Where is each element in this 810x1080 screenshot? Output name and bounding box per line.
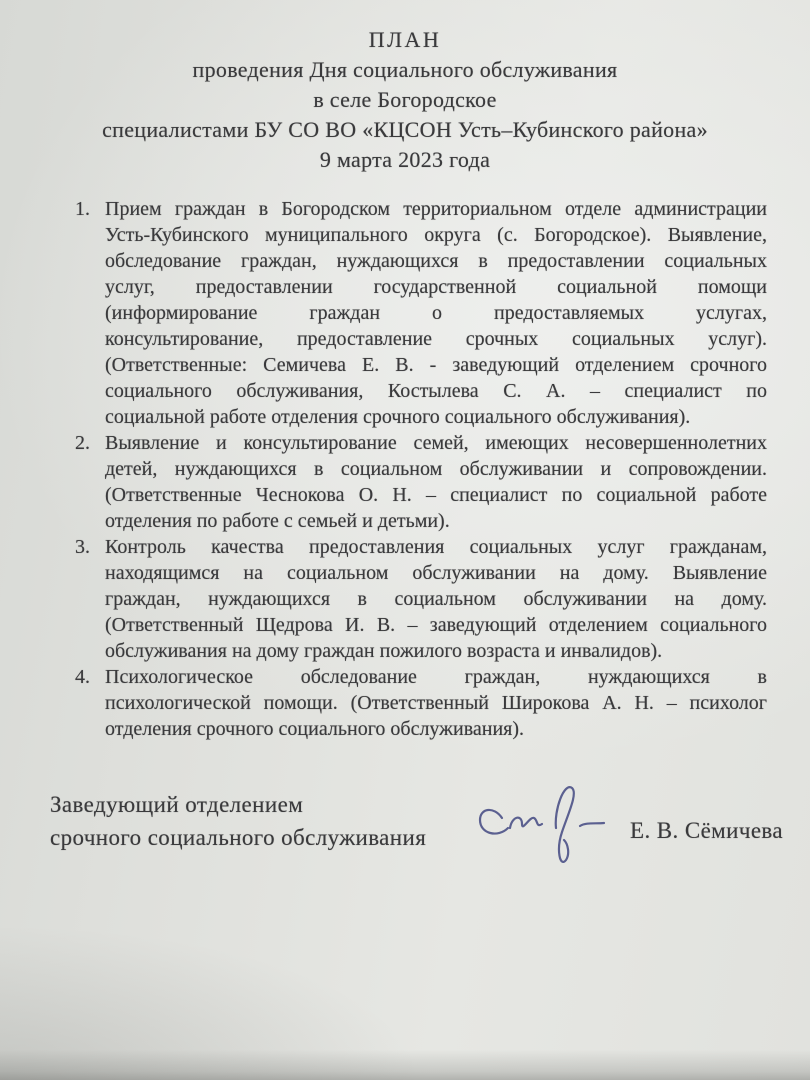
plan-text-line: Контроль качества предоставления социаль… [105,534,767,560]
plan-list: 1.Прием граждан в Богородском территориа… [0,196,810,742]
signature-stroke [510,818,542,828]
header-line-event: проведения Дня социального обслуживания [0,55,810,85]
signatory-name: Е. В. Сёмичева [630,818,783,844]
item-lines: Психологическое обследование граждан, ну… [105,664,767,742]
plan-text-line: детей, нуждающихся в социальном обслужив… [105,456,767,482]
item-number: 4. [75,664,105,742]
plan-text-line: отделения срочного социального обслужива… [105,716,767,742]
signature-stroke [556,787,574,862]
document-content: ПЛАН проведения Дня социального обслужив… [0,0,810,1080]
signatory-position: Заведующий отделением срочного социально… [50,788,426,854]
plan-text-line: Усть-Кубинского муниципального округа (с… [105,222,767,248]
document-header: ПЛАН проведения Дня социального обслужив… [0,0,810,175]
signatory-position-line-2: срочного социального обслуживания [50,821,426,854]
signatory-position-line-1: Заведующий отделением [50,788,426,821]
plan-text-line: обследование граждан, нуждающихся в пред… [105,248,767,274]
plan-text-line: обслуживания на дому граждан пожилого во… [105,638,767,664]
plan-text-line: социальной работе отделения срочного соц… [105,404,767,430]
plan-text-line: услуг, предоставлении государственной со… [105,274,767,300]
list-item: 2.Выявление и консультирование семей, им… [75,430,767,534]
item-lines: Прием граждан в Богородском территориаль… [105,196,767,430]
plan-text-line: (Ответственные Чеснокова О. Н. – специал… [105,482,767,508]
list-item: 1.Прием граждан в Богородском территориа… [75,196,767,430]
header-line-date: 9 марта 2023 года [0,145,810,175]
plan-text-line: (Ответственные: Семичева Е. В. - заведую… [105,352,767,378]
plan-text-line: граждан, нуждающихся в социальном обслуж… [105,586,767,612]
item-number: 3. [75,534,105,664]
plan-text-line: социального обслуживания, Костылева С. А… [105,378,767,404]
plan-text-line: консультирование, предоставление срочных… [105,326,767,352]
list-item: 3.Контроль качества предоставления социа… [75,534,767,664]
item-lines: Выявление и консультирование семей, имею… [105,430,767,534]
list-item: 4.Психологическое обследование граждан, … [75,664,767,742]
plan-text-line: психологической помощи. (Ответственный Ш… [105,690,767,716]
signature-block: Заведующий отделением срочного социально… [0,788,810,908]
plan-text-line: Выявление и консультирование семей, имею… [105,430,767,456]
header-line-place: в селе Богородское [0,85,810,115]
plan-text-line: Психологическое обследование граждан, ну… [105,664,767,690]
plan-text-line: находящимся на социальном обслуживании н… [105,560,767,586]
signature-stroke [580,823,604,826]
signature-stroke [480,810,508,834]
plan-text-line: Прием граждан в Богородском территориаль… [105,196,767,222]
photographed-document: ПЛАН проведения Дня социального обслужив… [0,0,810,1080]
handwritten-signature [468,766,618,881]
item-number: 2. [75,430,105,534]
document-title: ПЛАН [0,25,810,55]
header-line-organization: специалистами БУ СО ВО «КЦСОН Усть–Кубин… [0,115,810,145]
plan-text-line: отделения по работе с семьей и детьми). [105,508,767,534]
item-number: 1. [75,196,105,430]
plan-text-line: (Ответственный Щедрова И. В. – заведующи… [105,612,767,638]
plan-text-line: (информирование граждан о предоставляемы… [105,300,767,326]
item-lines: Контроль качества предоставления социаль… [105,534,767,664]
